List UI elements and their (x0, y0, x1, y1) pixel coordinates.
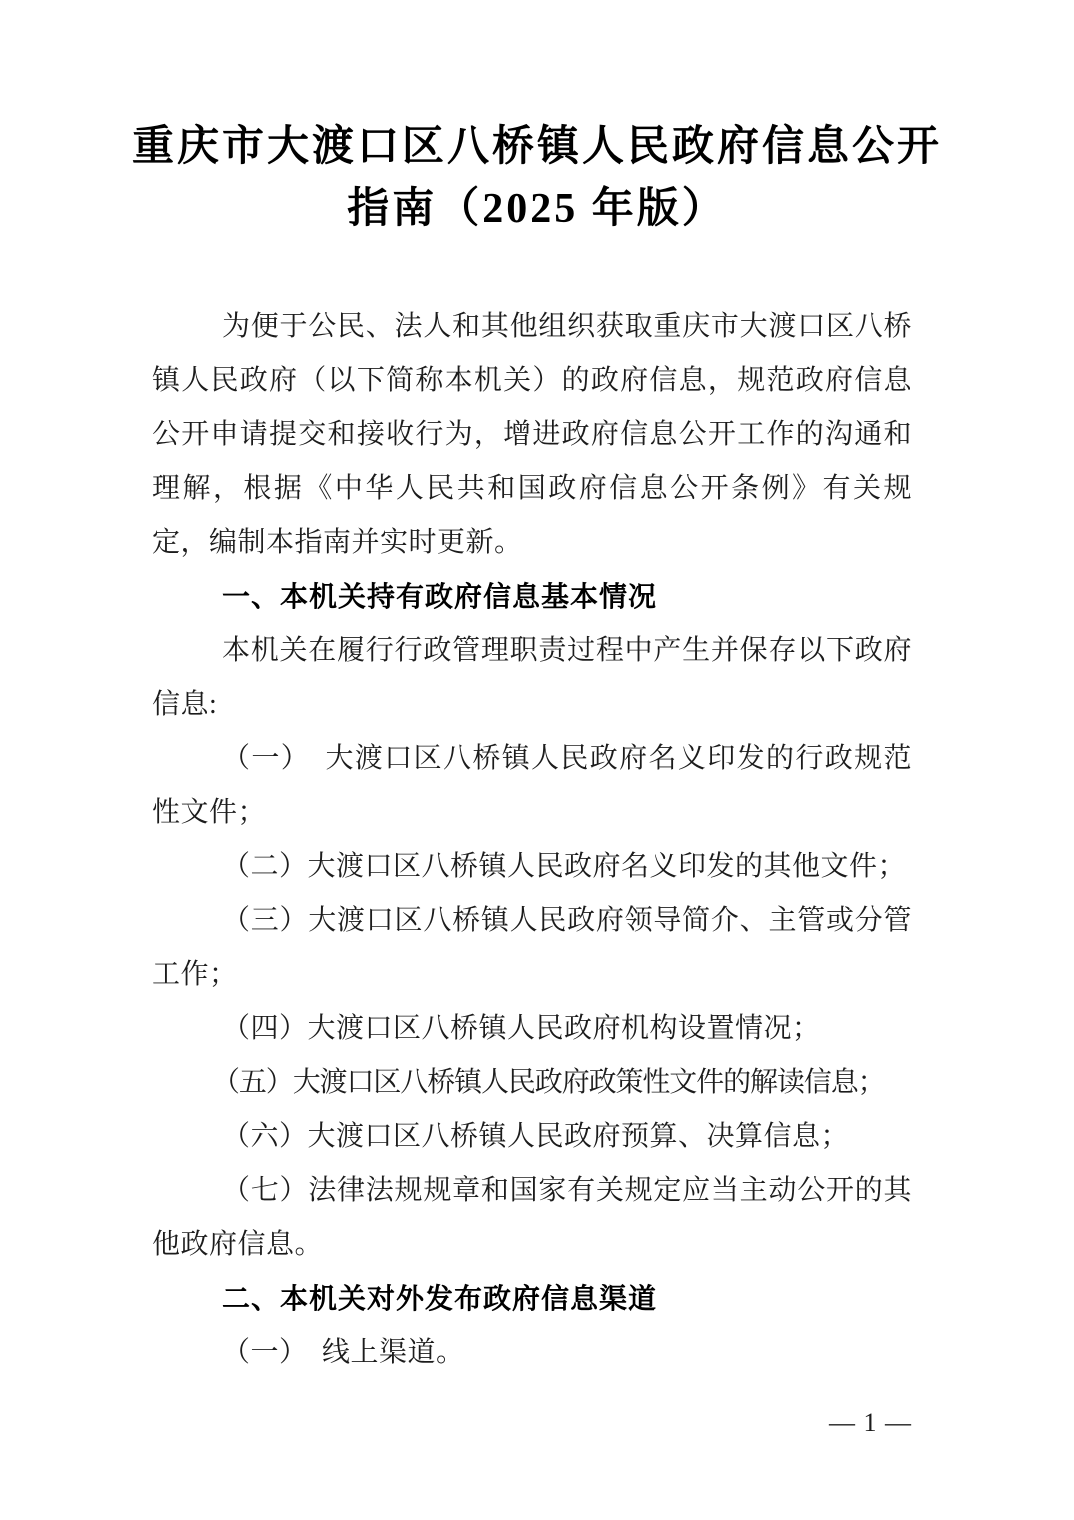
info-item-1: （一） 大渡口区八桥镇人民政府名义印发的行政规范性文件； (152, 732, 912, 840)
document-title-line-2: 指南（2025 年版） (0, 178, 1074, 240)
section-1-heading: 一、本机关持有政府信息基本情况 (152, 570, 912, 624)
channel-item-online: （一） 线上渠道。 (152, 1326, 912, 1380)
info-item-3: （三）大渡口区八桥镇人民政府领导简介、主管或分管工作； (152, 894, 912, 1002)
document-body: 为便于公民、法人和其他组织获取重庆市大渡口区八桥镇人民政府（以下简称本机关）的政… (152, 300, 912, 1380)
info-item-7: （七）法律法规规章和国家有关规定应当主动公开的其他政府信息。 (152, 1164, 912, 1272)
intro-paragraph: 为便于公民、法人和其他组织获取重庆市大渡口区八桥镇人民政府（以下简称本机关）的政… (152, 300, 912, 570)
document-page: 重庆市大渡口区八桥镇人民政府信息公开 指南（2025 年版） 为便于公民、法人和… (0, 0, 1074, 1520)
document-title: 重庆市大渡口区八桥镇人民政府信息公开 指南（2025 年版） (0, 116, 1074, 240)
info-item-2: （二）大渡口区八桥镇人民政府名义印发的其他文件； (152, 840, 912, 894)
page-number: — 1 — (829, 1408, 912, 1438)
info-item-4: （四）大渡口区八桥镇人民政府机构设置情况； (152, 1002, 912, 1056)
info-item-5: （五）大渡口区八桥镇人民政府政策性文件的解读信息； (152, 1056, 912, 1110)
section-2-heading: 二、本机关对外发布政府信息渠道 (152, 1272, 912, 1326)
info-item-6: （六）大渡口区八桥镇人民政府预算、决算信息； (152, 1110, 912, 1164)
document-title-line-1: 重庆市大渡口区八桥镇人民政府信息公开 (0, 116, 1074, 178)
section-1-lead-paragraph: 本机关在履行行政管理职责过程中产生并保存以下政府信息: (152, 624, 912, 732)
